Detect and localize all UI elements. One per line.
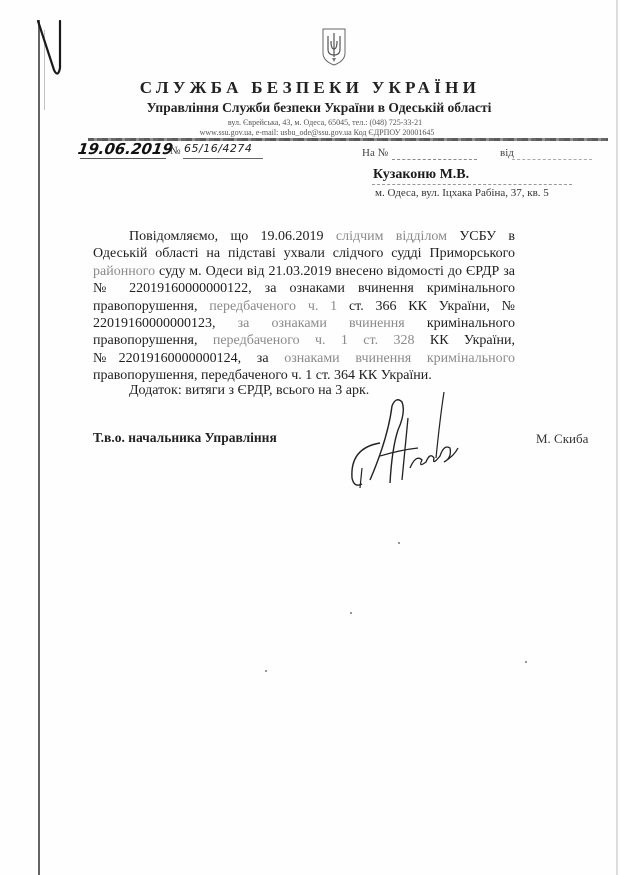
addressee-underline — [372, 184, 572, 186]
registration-date-underline — [80, 158, 166, 159]
body-segment-faded: за ознаками вчинення — [238, 316, 405, 331]
body-segment-faded: передбаченого ч. 1 ст. 328 — [213, 333, 415, 348]
scan-speck — [350, 612, 352, 614]
scan-speck — [525, 661, 527, 663]
handwritten-signature-icon — [340, 388, 490, 498]
letter-body: Повідомляємо, що 19.06.2019 слідчим відд… — [93, 228, 515, 385]
registration-date: 19.06.2019 — [77, 140, 174, 158]
registration-number-label: № — [170, 145, 181, 157]
body-segment: Повідомляємо, що 19.06.2019 — [129, 229, 336, 244]
body-paragraph: Повідомляємо, що 19.06.2019 слідчим відд… — [93, 228, 515, 385]
body-segment: правопорушення, передбаченого ч. 1 ст. 3… — [93, 368, 432, 383]
org-address: вул. Єврейська, 43, м. Одеса, 65045, тел… — [0, 118, 620, 127]
handwritten-check-mark-icon — [34, 18, 64, 82]
registration-number: 65/16/4274 — [184, 142, 252, 155]
org-subtitle: Управління Служби безпеки України в Одес… — [0, 100, 620, 116]
addressee-name: Кузаконю М.В. — [373, 167, 469, 183]
org-title: СЛУЖБА БЕЗПЕКИ УКРАЇНИ — [0, 78, 620, 98]
scan-speck — [265, 670, 267, 672]
reference-date-blank — [512, 159, 592, 161]
addressee-address: м. Одеса, вул. Іцхака Рабіна, 37, кв. 5 — [375, 187, 549, 199]
body-segment-faded: ознаками вчинення кримінального — [284, 351, 515, 366]
scan-binding-line — [38, 20, 40, 875]
body-segment-faded: районного — [93, 264, 155, 279]
signer-title: Т.в.о. начальника Управління — [93, 430, 277, 446]
scan-speck — [398, 542, 400, 544]
body-segment-faded: передбаченого ч. 1 — [209, 299, 337, 314]
appendix-note: Додаток: витяги з ЄРДР, всього на 3 арк. — [129, 383, 369, 399]
reference-number-label: На № — [362, 147, 388, 159]
signer-name: М. Скиба — [536, 431, 588, 447]
trident-emblem-icon — [320, 27, 348, 67]
reference-number-blank — [392, 159, 477, 161]
scanned-letter-page: СЛУЖБА БЕЗПЕКИ УКРАЇНИ Управління Служби… — [0, 0, 620, 875]
reference-from-label: від — [500, 147, 514, 159]
org-web-contacts: www.ssu.gov.ua, e-mail: usbu_ode@ssu.gov… — [0, 128, 620, 137]
body-segment-faded: слідчим відділом — [336, 229, 447, 244]
registration-number-underline — [183, 158, 263, 159]
